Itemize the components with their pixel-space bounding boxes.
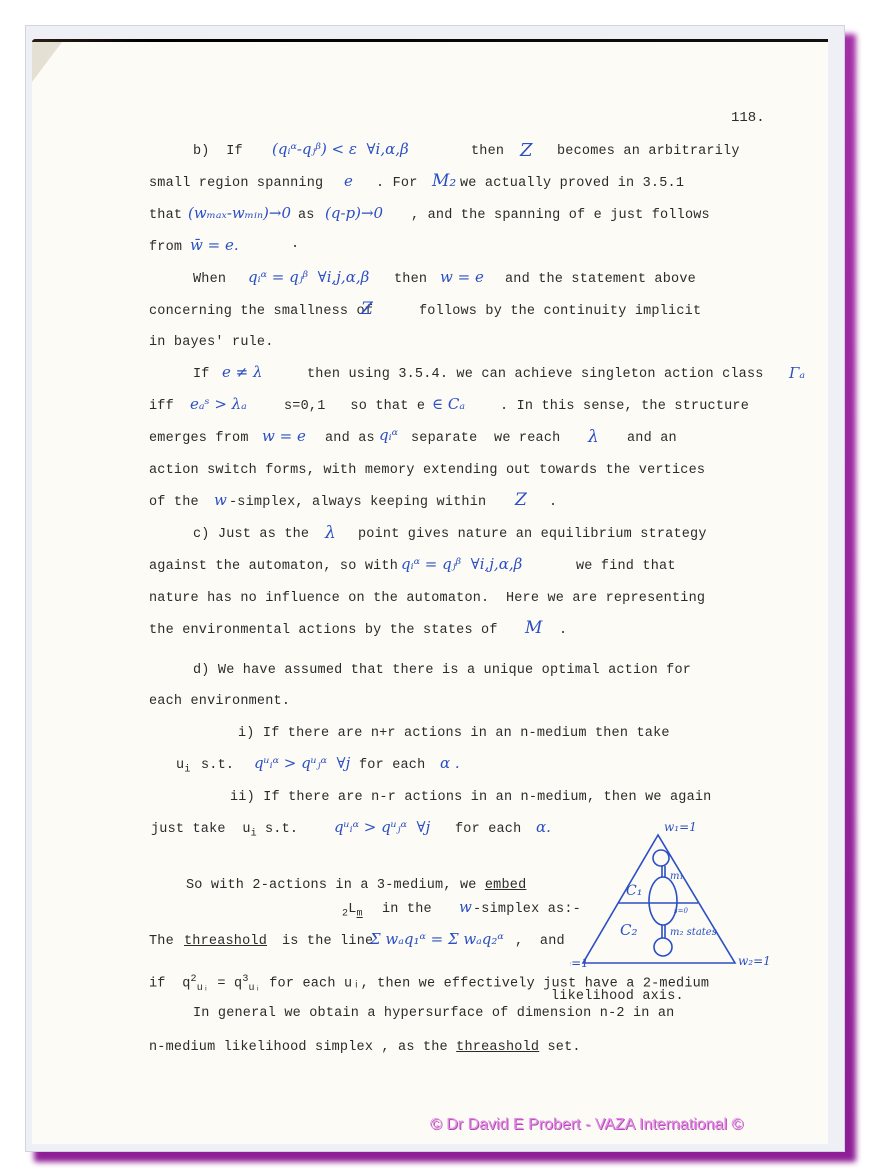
text: as: [298, 208, 315, 223]
region-label-upper: C₁: [626, 883, 642, 899]
state-label-s0: s=0: [674, 907, 688, 915]
text: . In this sense, the structure: [500, 399, 749, 414]
handwritten-math: eₐˢ > λₐ: [190, 395, 247, 413]
text: , and: [515, 934, 565, 949]
text: nature has no influence on the automaton…: [149, 591, 705, 606]
text: the environmental actions by the states …: [149, 623, 498, 638]
region-label-lower: C₂: [620, 921, 638, 939]
text: is the line: [282, 934, 373, 949]
text: each environment.: [149, 694, 290, 709]
handwritten-math: qᵢᵅ = qⱼᵝ ∀i,j,α,β: [248, 268, 369, 286]
text: -simplex, always keeping within: [229, 495, 486, 510]
text: for each: [359, 758, 425, 773]
handwritten-math: e ≠ λ: [222, 363, 263, 381]
text: So with 2-actions in a 3-medium, we embe…: [186, 878, 526, 893]
text: then: [471, 144, 504, 159]
top-edge-line: [32, 39, 828, 42]
handwritten-math: M: [525, 618, 542, 638]
handwritten-math: w: [459, 898, 472, 916]
text: If: [193, 367, 210, 382]
text: becomes an arbitrarily: [557, 144, 740, 159]
handwritten-math: qᵘᵢᵅ > qᵘⱼᵅ ∀j: [254, 754, 350, 772]
handwritten-math: Z: [515, 490, 527, 510]
text: that: [149, 208, 182, 223]
text: ii) If there are n-r actions in an n-med…: [230, 790, 711, 805]
text: and an: [627, 431, 677, 446]
vertex-label-left: w₃=1: [570, 956, 589, 970]
text: we find that: [576, 559, 676, 574]
text: n-medium likelihood simplex , as the thr…: [149, 1040, 581, 1055]
text: separate we reach: [411, 431, 560, 446]
text: of the: [149, 495, 199, 510]
text: b) If: [193, 144, 243, 159]
text: .: [549, 495, 557, 510]
text: i) If there are n+r actions in an n-medi…: [238, 726, 670, 741]
text: small region spanning: [149, 176, 323, 191]
handwritten-math: Z: [361, 299, 373, 319]
handwritten-math: (q-p)→0: [325, 204, 383, 222]
handwritten-math: Σ wₐq₁ᵅ = Σ wₐq₂ᵅ: [370, 930, 504, 948]
text: action switch forms, with memory extendi…: [149, 463, 705, 478]
handwritten-math: ∈ Cₐ: [432, 395, 465, 413]
text: threashold: [184, 934, 267, 949]
text: then using 3.5.4. we can achieve singlet…: [307, 367, 764, 382]
handwritten-math: w = e: [440, 268, 484, 286]
text: likelihood axis.: [551, 989, 684, 1004]
state-label-m1: m₁: [670, 871, 684, 882]
folded-corner: [32, 42, 62, 82]
text: d) We have assumed that there is a uniqu…: [193, 663, 691, 678]
text: and as: [325, 431, 375, 446]
handwritten-math: α.: [536, 818, 551, 836]
handwritten-math: w = e: [262, 427, 306, 445]
text: ·: [291, 240, 299, 255]
vertex-label-top: w₁=1: [664, 820, 697, 834]
handwritten-math: (qᵢᵅ-qⱼᵝ) < ε ∀i,α,β: [272, 140, 409, 158]
text: in bayes' rule.: [149, 335, 274, 350]
handwritten-math: Z: [520, 140, 533, 161]
text: . For: [376, 176, 418, 191]
text: from: [149, 240, 182, 255]
text: -simplex as:-: [473, 902, 581, 917]
handwritten-math: α .: [440, 754, 460, 772]
handwritten-math: w: [214, 491, 227, 509]
copyright-watermark: © Dr David E Probert - VAZA Internationa…: [430, 1116, 743, 1134]
handwritten-math: qᵢᵅ: [379, 426, 398, 444]
text: then: [394, 272, 427, 287]
handwritten-math: λ: [325, 523, 336, 543]
text: c) Just as the: [193, 527, 309, 542]
handwritten-math: M₂: [432, 171, 456, 191]
handwritten-math: (wₘₐₓ-wₘᵢₙ)→0: [188, 204, 291, 222]
page-number: 118.: [731, 110, 765, 126]
handwritten-math: w̄ = e.: [190, 236, 239, 254]
text: , and the spanning of e just follows: [411, 208, 710, 223]
handwritten-math: Γₐ: [789, 364, 805, 382]
text: point gives nature an equilibrium strate…: [358, 527, 707, 542]
text: against the automaton, so with: [149, 559, 398, 574]
text: emerges from: [149, 431, 249, 446]
simplex-triangle-diagram: w₁=1 w₃=1 w₂=1 C₁ C₂ m₁ m₂ states s=0: [570, 815, 780, 970]
handwritten-math: e: [344, 172, 353, 190]
text: ui: [176, 758, 191, 776]
text: we actually proved in 3.5.1: [460, 176, 684, 191]
vertex-label-right: w₂=1: [738, 954, 771, 968]
text: iff: [149, 399, 174, 414]
text: for each: [455, 822, 521, 837]
text: The: [149, 934, 174, 949]
text: follows by the continuity implicit: [419, 304, 701, 319]
text: in the: [382, 902, 432, 917]
text: s.t.: [201, 758, 234, 773]
text: When: [193, 272, 226, 287]
text: just take ui: [151, 822, 257, 840]
text: .: [559, 623, 567, 638]
state-label-m2: m₂ states: [670, 927, 717, 938]
text: s=0,1 so that e: [284, 399, 425, 414]
text: and the statement above: [505, 272, 696, 287]
text: concerning the smallness of: [149, 304, 373, 319]
handwritten-math: λ: [588, 427, 599, 447]
text: s.t.: [265, 822, 298, 837]
text: In general we obtain a hypersurface of d…: [193, 1006, 674, 1021]
handwritten-math: qᵢᵅ = qⱼᵝ ∀i,j,α,β: [401, 555, 522, 573]
handwritten-math: qᵘᵢᵅ > qᵘⱼᵅ ∀j: [334, 818, 430, 836]
text: 2Lm: [342, 902, 363, 920]
